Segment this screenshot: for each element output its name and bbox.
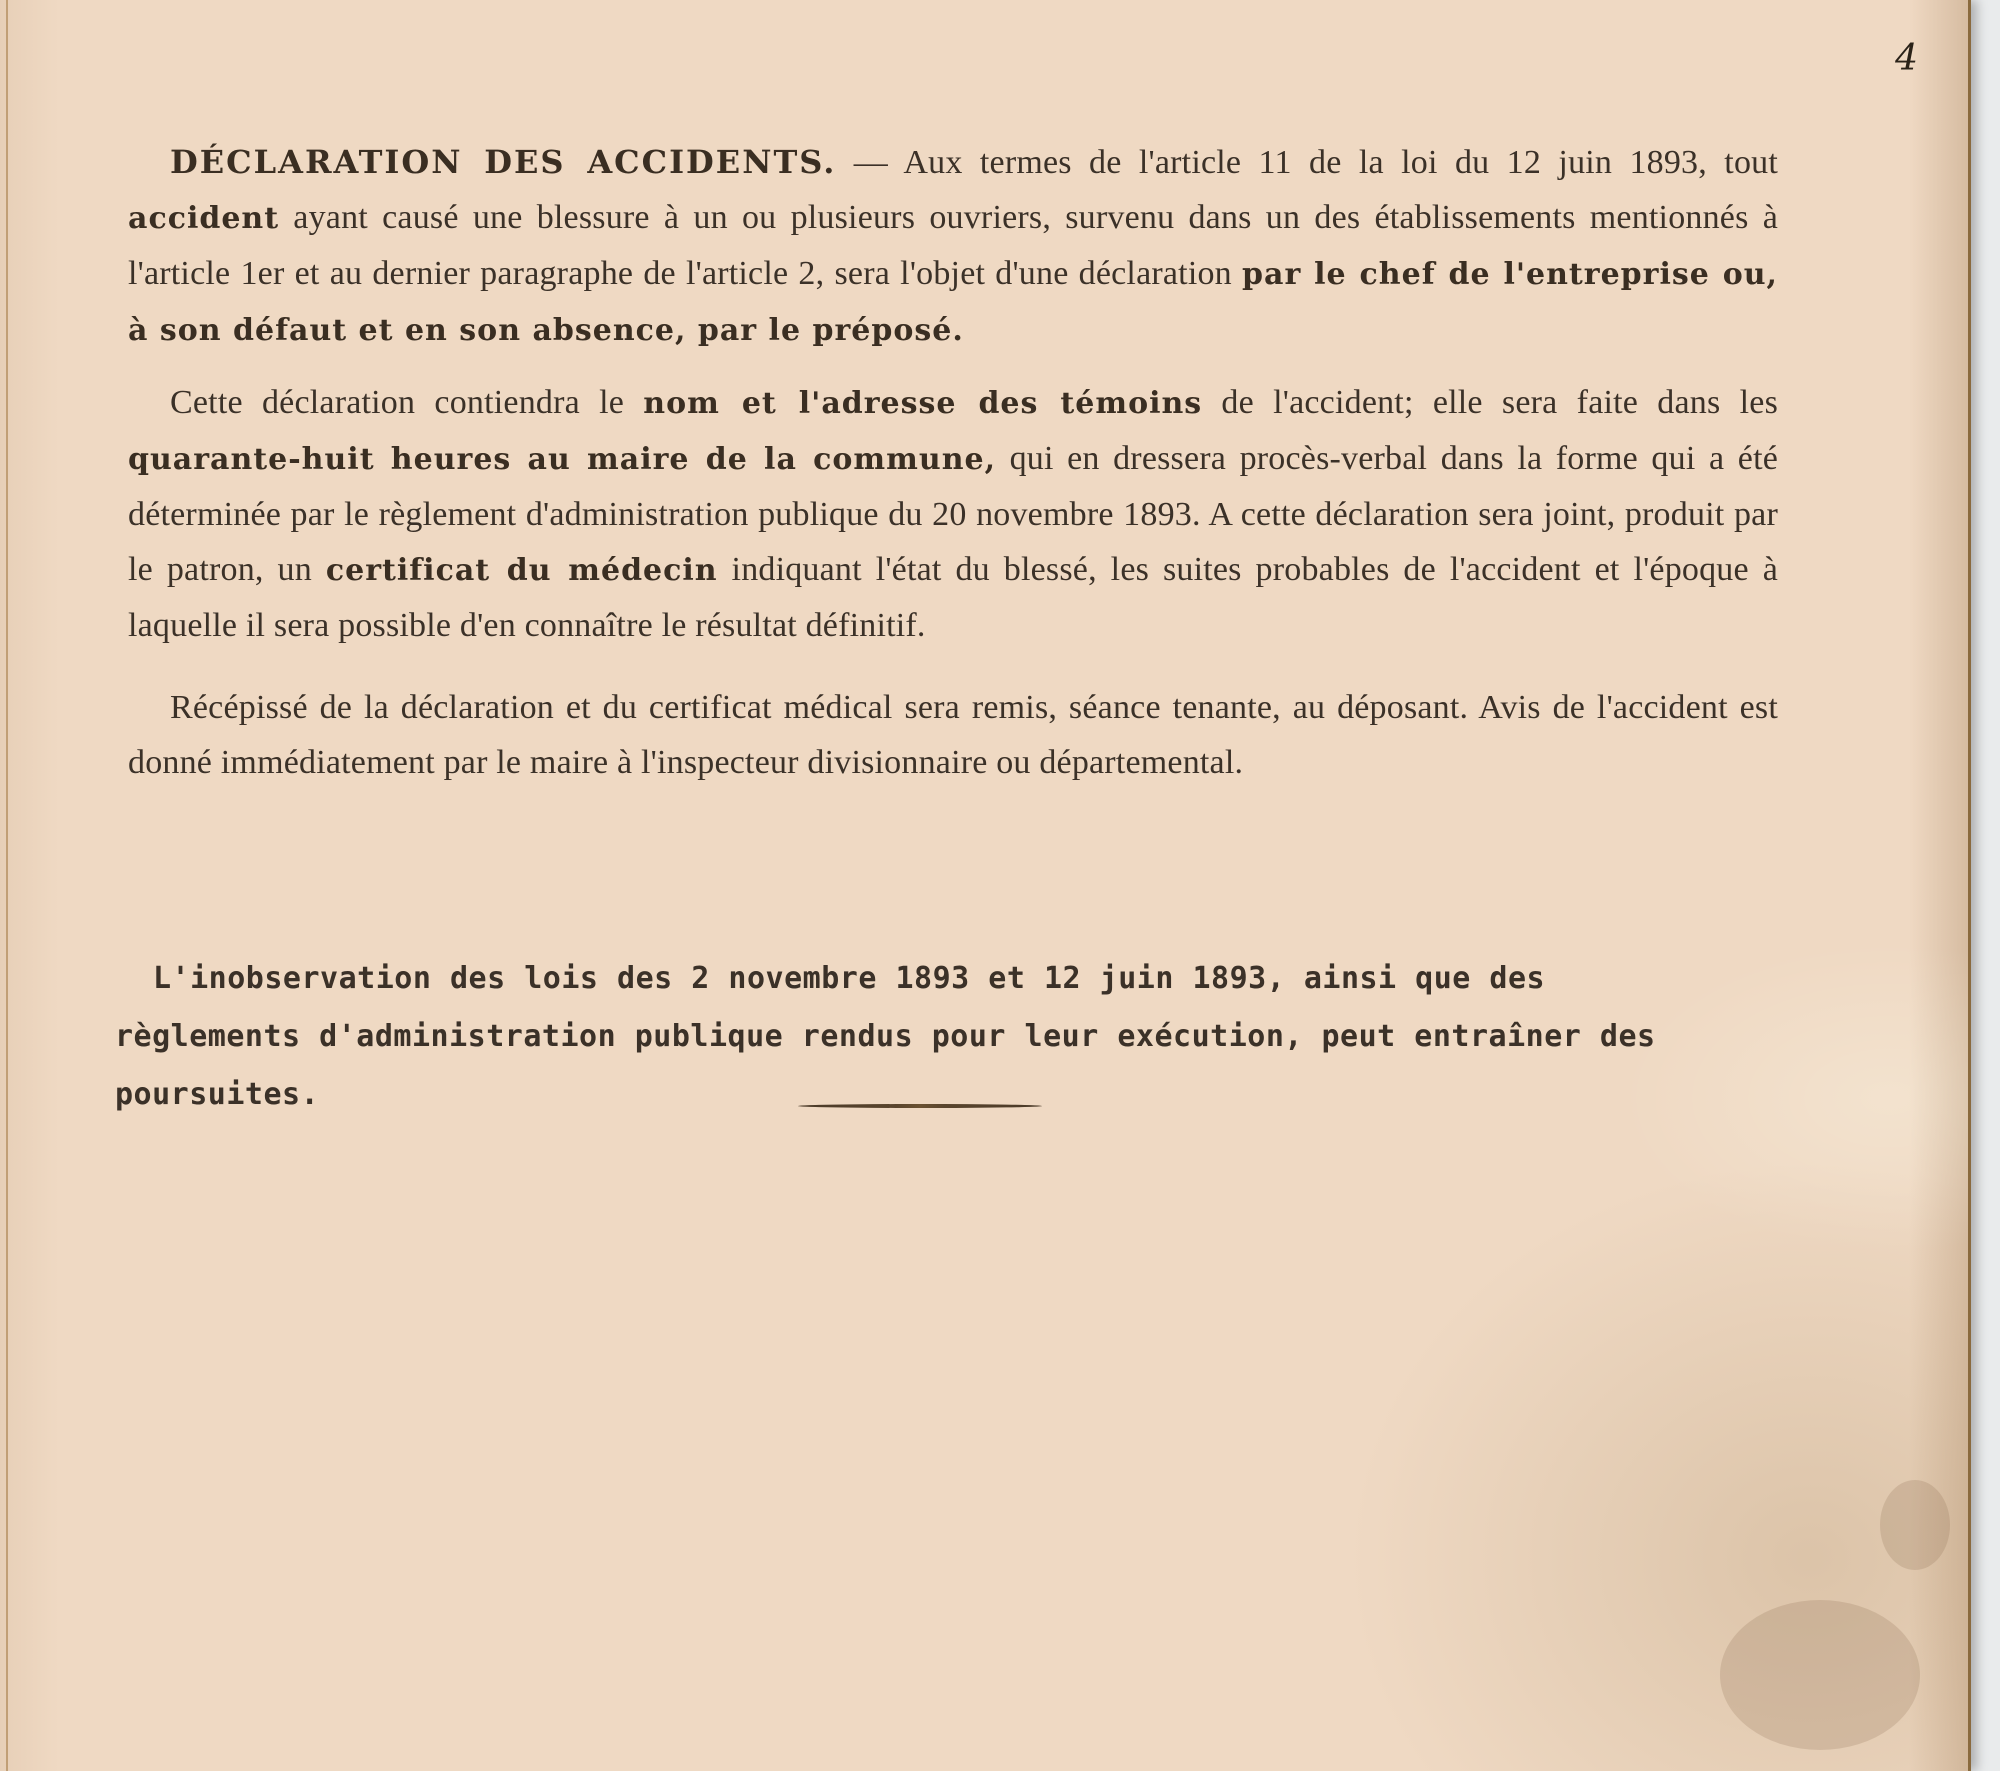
receipt-paragraph: Récépissé de la déclaration et du certif… [128,680,1778,790]
ornamental-divider [798,1104,1042,1108]
legal-warning: L'inobservation des lois des 2 novembre … [115,950,1715,1124]
paper-stain [1720,1600,1920,1750]
paragraph-text: Aux termes de l'article 11 de la loi du … [903,144,1778,181]
paragraph-text: Cette déclaration contiendra le [170,384,643,421]
emphasis-text: nom et l'adresse des témoins [643,386,1202,421]
paragraph-text: de l'accident; elle sera faite dans les [1202,384,1778,421]
document-page: 4 DÉCLARATION DES ACCIDENTS. — Aux terme… [0,0,1971,1771]
declaration-content-paragraph: Cette déclaration contiendra le nom et l… [128,375,1778,653]
page-spine [6,0,8,1771]
heading-dash: — [836,144,903,181]
emphasis-text: quarante-huit heures au maire de la comm… [128,442,996,477]
emphasis-text: certificat du médecin [326,553,718,588]
accident-declaration-paragraph: DÉCLARATION DES ACCIDENTS. — Aux termes … [128,135,1778,358]
section-heading: DÉCLARATION DES ACCIDENTS. [170,143,836,181]
warning-text: L'inobservation des lois des 2 novembre … [115,950,1715,1124]
paper-stain [1880,1480,1950,1570]
emphasis-text: accident [128,201,279,236]
page-number: 4 [1895,38,1918,79]
paragraph-text: Récépissé de la déclaration et du certif… [128,680,1778,790]
